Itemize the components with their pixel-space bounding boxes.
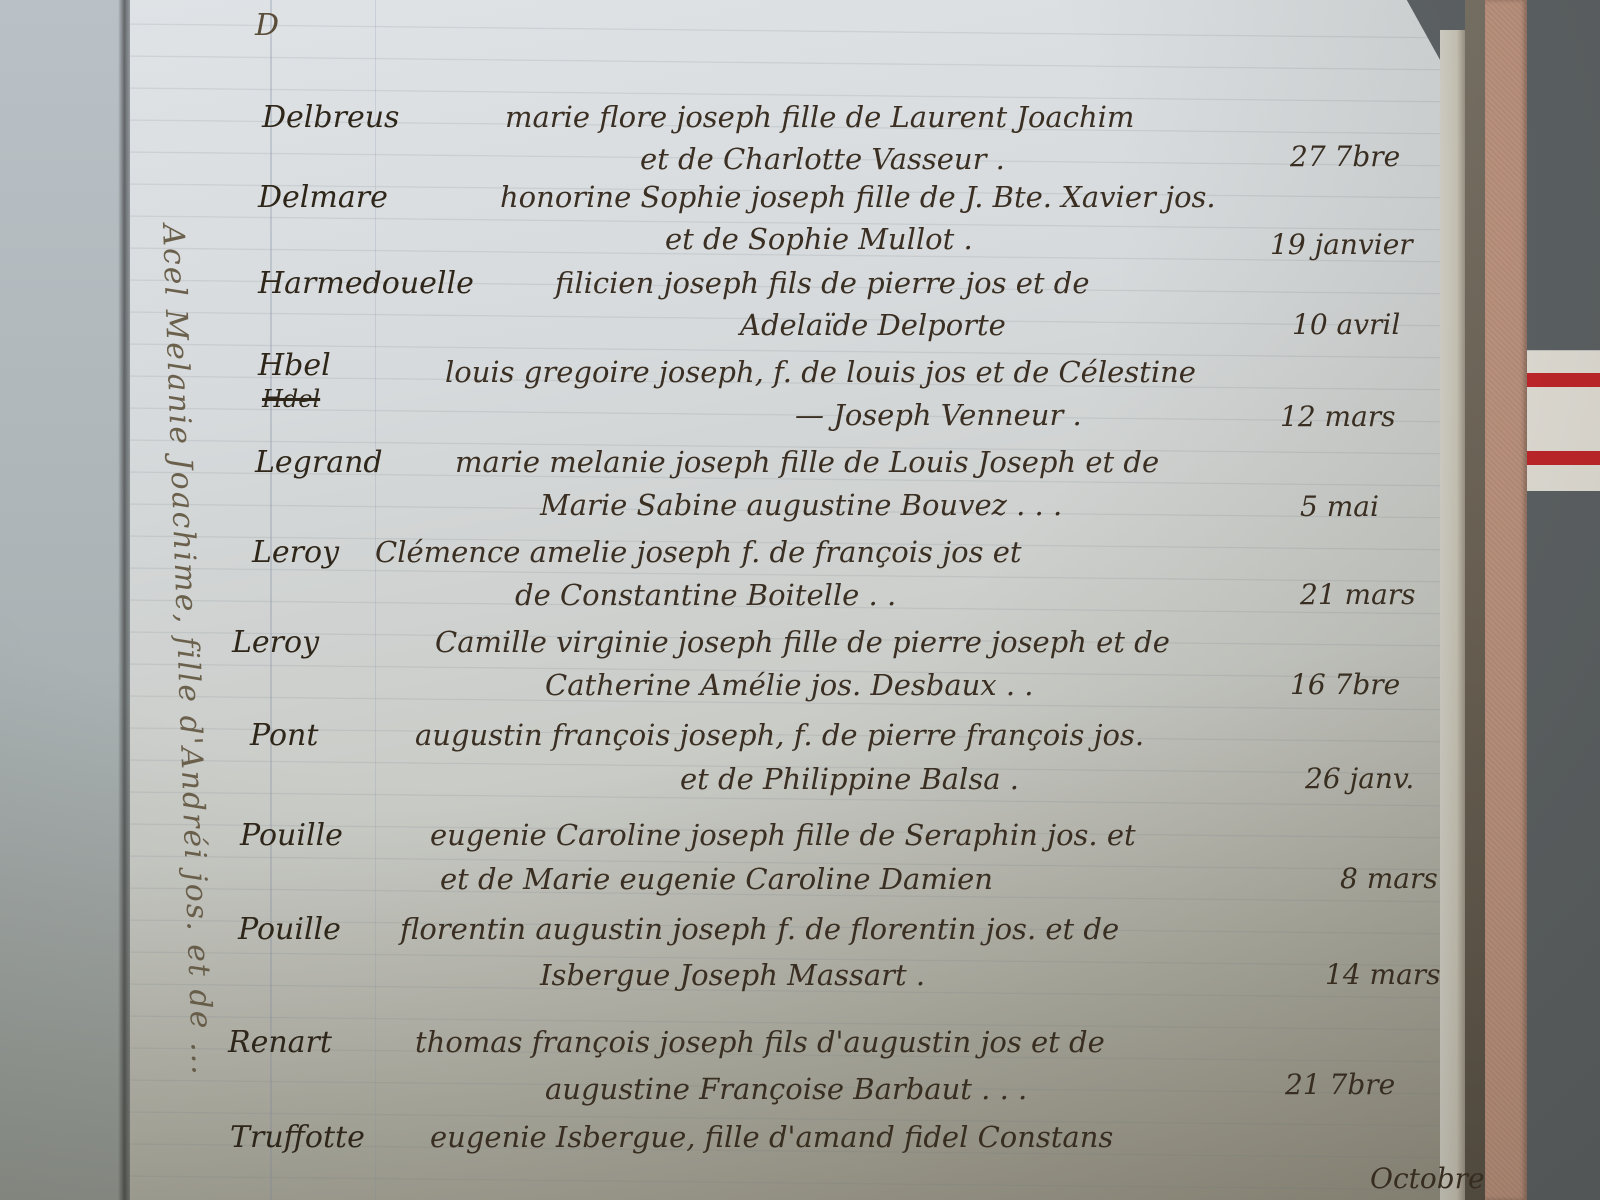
entry-continuation: augustine Françoise Barbaut . . . bbox=[545, 1072, 1027, 1106]
entry-continuation: Adelaïde Delporte bbox=[740, 308, 1006, 342]
entry-line: honorine Sophie joseph fille de J. Bte. … bbox=[500, 180, 1216, 214]
facing-page bbox=[0, 0, 132, 1200]
entry-date: 21 7bre bbox=[1285, 1068, 1395, 1101]
entry-surname: Harmedouelle bbox=[258, 266, 474, 301]
entry-line: marie flore joseph fille de Laurent Joac… bbox=[505, 100, 1134, 134]
entry-surname: Delbreus bbox=[262, 100, 399, 135]
entry-date: 19 janvier bbox=[1270, 228, 1413, 261]
entry-date: 12 mars bbox=[1280, 400, 1396, 433]
tab-stripe bbox=[1527, 451, 1600, 465]
entry-date: 27 7bre bbox=[1290, 140, 1400, 173]
entry-continuation: — Joseph Venneur . bbox=[795, 398, 1082, 432]
entry-date: 5 mai bbox=[1300, 490, 1379, 523]
entry-surname: Leroy bbox=[252, 535, 339, 570]
entry-continuation: et de Charlotte Vasseur . bbox=[640, 142, 1005, 176]
entry-line: eugenie Isbergue, fille d'amand fidel Co… bbox=[430, 1120, 1113, 1154]
book-spine bbox=[1465, 0, 1487, 1200]
entry-continuation: Marie Sabine augustine Bouvez . . . bbox=[540, 488, 1062, 522]
entry-line: eugenie Caroline joseph fille de Seraphi… bbox=[430, 818, 1136, 852]
entry-line: augustin françois joseph, f. de pierre f… bbox=[415, 718, 1144, 752]
entry-line: thomas françois joseph fils d'augustin j… bbox=[415, 1025, 1105, 1059]
entry-date: 26 janv. bbox=[1305, 762, 1414, 795]
entry-surname: Renart bbox=[228, 1025, 332, 1060]
entry-date: 16 7bre bbox=[1290, 668, 1400, 701]
section-letter: D bbox=[255, 8, 279, 43]
entry-continuation: et de Philippine Balsa . bbox=[680, 762, 1019, 796]
entry-surname: Pont bbox=[250, 718, 318, 753]
entry-continuation: et de Marie eugenie Caroline Damien bbox=[440, 862, 993, 896]
entry-continuation: Isbergue Joseph Massart . bbox=[540, 958, 925, 992]
entry-date: 10 avril bbox=[1292, 308, 1400, 341]
entry-continuation: Catherine Amélie jos. Desbaux . . bbox=[545, 668, 1034, 702]
entry-date: Octobre bbox=[1370, 1162, 1485, 1195]
entry-continuation: et de Sophie Mullot . bbox=[665, 222, 973, 256]
entry-date: 14 mars bbox=[1325, 958, 1441, 991]
entry-surname: Truffotte bbox=[230, 1120, 365, 1155]
entry-surname: Legrand bbox=[255, 445, 383, 480]
red-striped-tab bbox=[1527, 350, 1600, 491]
entry-surname: Delmare bbox=[258, 180, 388, 215]
page-edge bbox=[1440, 30, 1468, 1200]
entry-line: louis gregoire joseph, f. de louis jos e… bbox=[445, 355, 1196, 389]
entry-line: Clémence amelie joseph f. de françois jo… bbox=[375, 535, 1022, 569]
entry-surname: Leroy bbox=[232, 625, 319, 660]
entry-surname-struck: Hdel bbox=[262, 385, 320, 413]
entry-continuation: de Constantine Boitelle . . bbox=[515, 578, 896, 612]
entry-surname: Pouille bbox=[238, 912, 341, 947]
entry-line: filicien joseph fils de pierre jos et de bbox=[555, 266, 1090, 300]
entry-date: 8 mars bbox=[1340, 862, 1438, 895]
entry-date: 21 mars bbox=[1300, 578, 1416, 611]
entry-line: florentin augustin joseph f. de florenti… bbox=[400, 912, 1119, 946]
entry-line: marie melanie joseph fille de Louis Jose… bbox=[455, 445, 1159, 479]
entry-surname: Hbel bbox=[258, 348, 331, 383]
entry-surname: Pouille bbox=[240, 818, 343, 853]
entry-line: Camille virginie joseph fille de pierre … bbox=[435, 625, 1170, 659]
tab-stripe bbox=[1527, 373, 1600, 387]
binding-cloth bbox=[1485, 0, 1527, 1200]
book-gutter bbox=[118, 0, 132, 1200]
